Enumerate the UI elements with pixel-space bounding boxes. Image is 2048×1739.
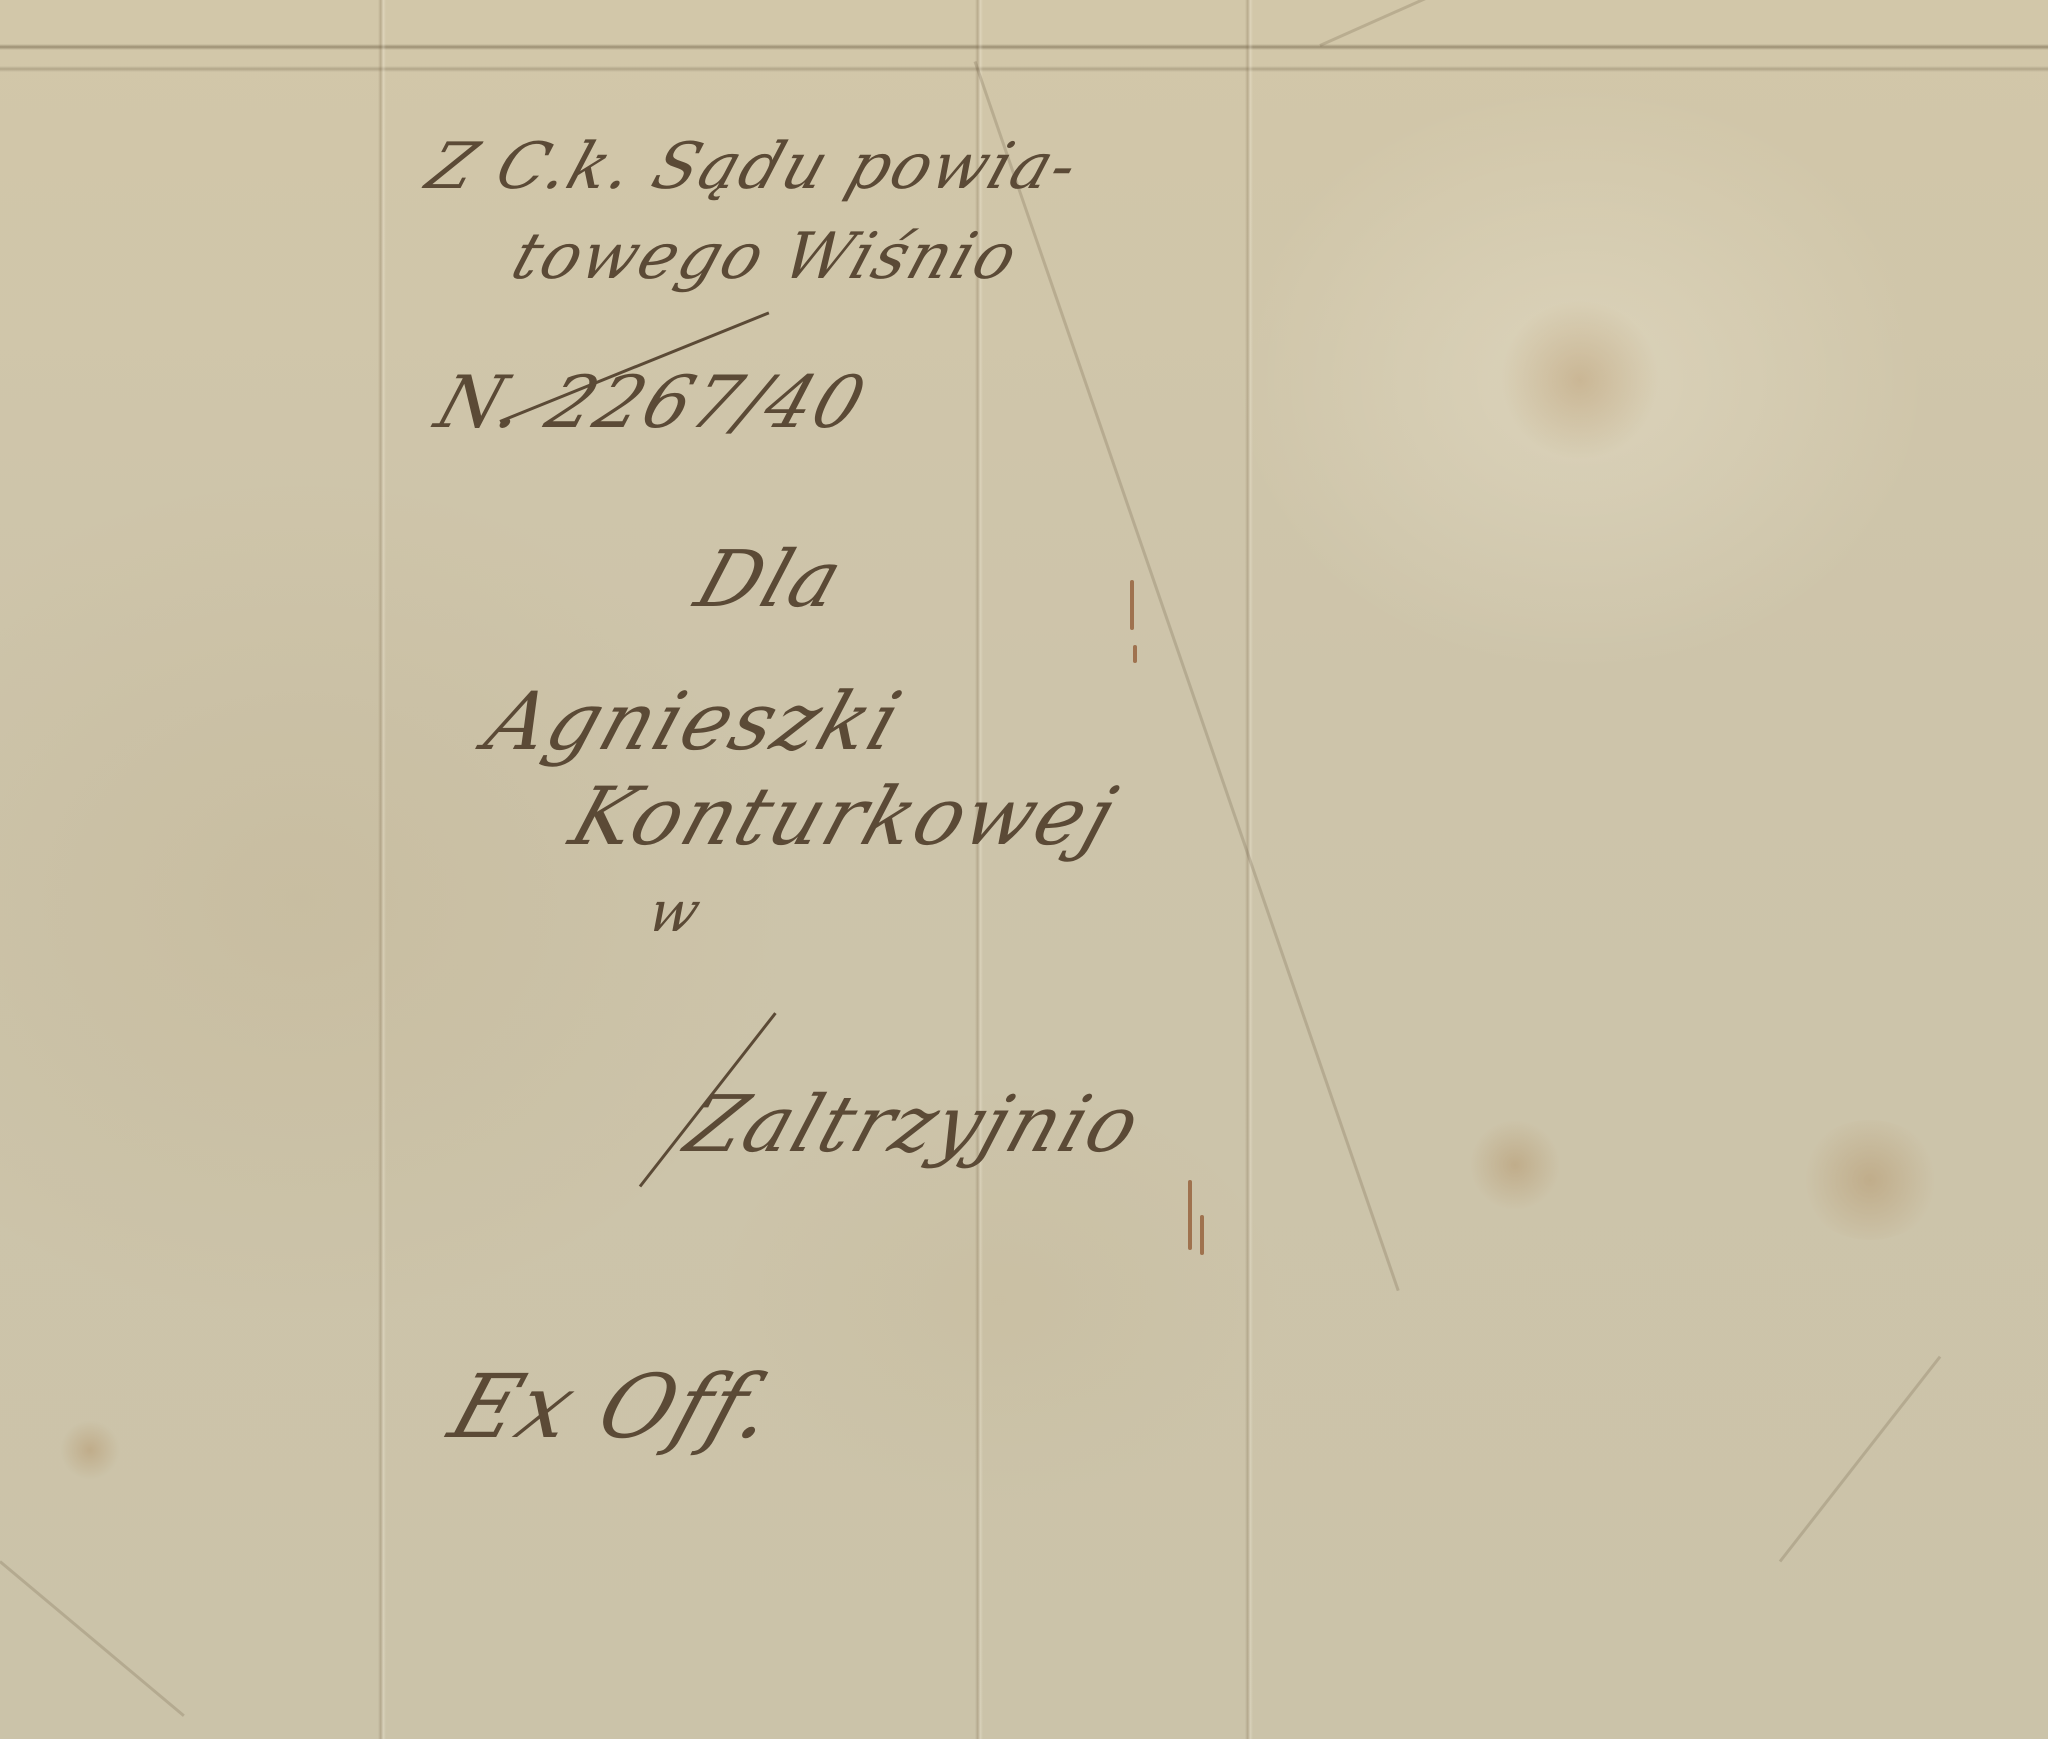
horizontal-fold-line [0, 44, 2048, 50]
salutation: Dla [685, 535, 854, 625]
recipient-line-2: Konturkowej [560, 770, 1129, 863]
place-name: Zaltrzyjnio [675, 1080, 1152, 1170]
diagonal-crease [1779, 1356, 1941, 1563]
foxing-stain [1800, 1120, 1940, 1240]
docket-number: N. 2267/40 [426, 360, 877, 444]
rust-mark [1200, 1215, 1204, 1255]
diagonal-crease [0, 1560, 185, 1717]
foxing-stain [1500, 300, 1660, 460]
rust-mark [1130, 580, 1134, 630]
diagonal-crease [1319, 0, 1704, 47]
rust-mark [1188, 1180, 1192, 1250]
foxing-stain [60, 1420, 120, 1480]
sender-line-2: towego Wiśnio [503, 220, 1028, 294]
paper-sheet: Z C.k. Sądu powia- towego Wiśnio N. 2267… [0, 0, 2048, 1739]
ex-officio-mark: Ex Off. [438, 1355, 789, 1458]
rust-mark [1133, 645, 1137, 663]
sender-line-1: Z C.k. Sądu powia- [418, 130, 1088, 204]
horizontal-fold-line [0, 66, 2048, 72]
preposition: w [639, 880, 710, 945]
foxing-stain [1470, 1120, 1560, 1210]
vertical-fold-line [378, 0, 386, 1739]
recipient-line-1: Agnieszki [475, 675, 914, 768]
